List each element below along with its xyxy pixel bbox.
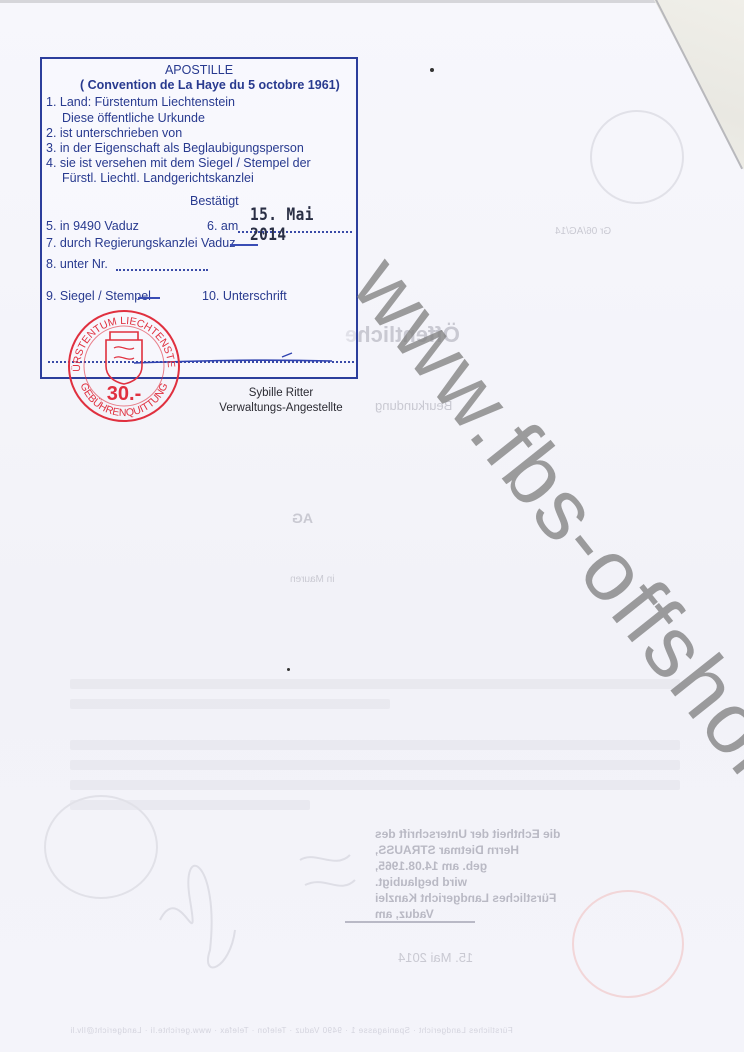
ghost-line: die Echtheit der Unterschrift des — [375, 826, 560, 842]
handwritten-strike — [138, 297, 160, 299]
ghost-line: geb. am 14.08.1965, — [375, 858, 560, 874]
ghost-seal — [590, 110, 684, 204]
scan-speck — [287, 668, 290, 671]
apostille-title: APOSTILLE — [42, 63, 356, 77]
apostille-item-5: 5. in 9490 Vaduz — [46, 219, 139, 233]
ghost-red-seal — [572, 890, 684, 998]
ghost-ref: Gr 06/AG/14 — [555, 226, 611, 237]
watermark: www.fbs-offshore.com — [333, 238, 744, 1051]
ghost-line: wird beglaubigt. — [375, 874, 560, 890]
fee-stamp-seal-icon: FÜRSTENTUM LIECHTENSTEIN GEBÜHRENQUITTUN… — [66, 308, 182, 422]
apostille-item-4: 4. sie ist versehen mit dem Siegel / Ste… — [46, 156, 311, 170]
ghost-signature-icon — [140, 840, 360, 990]
apostille-item-3: 3. in der Eigenschaft als Beglaubigungsp… — [46, 141, 304, 155]
signatory-title: Verwaltungs-Angestellte — [210, 401, 352, 416]
ghost-footer: Fürstliches Landgericht · Spaniagasse 1 … — [70, 1026, 513, 1035]
handwritten-strike — [230, 244, 258, 246]
ghost-paragraph-line — [70, 760, 680, 770]
apostille-item-1: 1. Land: Fürstentum Liechtenstein — [46, 95, 235, 109]
apostille-item-2: 2. ist unterschrieben von — [46, 126, 182, 140]
scan-speck — [430, 68, 434, 72]
scan-top-edge — [0, 0, 744, 3]
apostille-item-4b: Fürstl. Liechtl. Landgerichtskanzlei — [62, 171, 254, 185]
apostille-date-stamp: 15. Mai 2014 — [250, 205, 340, 245]
apostille-item-7: 7. durch Regierungskanzlei Vaduz — [46, 236, 235, 250]
ghost-paragraph-line — [70, 780, 680, 790]
ghost-text: AG — [292, 510, 313, 526]
ghost-paragraph-line — [70, 699, 390, 709]
signatory-block: Sybille Ritter Verwaltungs-Angestellte — [210, 386, 352, 416]
ghost-certification-block: die Echtheit der Unterschrift des Herrn … — [375, 826, 560, 922]
apostille-item-10: 10. Unterschrift — [202, 289, 287, 303]
apostille-item-6: 6. am — [207, 219, 238, 233]
apostille-convention: ( Convention de La Haye du 5 octobre 196… — [80, 78, 340, 92]
svg-text:30.-: 30.- — [107, 383, 141, 405]
ghost-line: Herrn Dietmar STRAUSS, — [375, 842, 560, 858]
ghost-line: Vaduz, am — [375, 906, 560, 922]
ghost-signature-line — [345, 921, 475, 923]
ghost-line: Fürstliches Landgericht Kanzlei — [375, 890, 560, 906]
apostille-item-8: 8. unter Nr. — [46, 257, 108, 271]
ghost-date: 15. Mai 2014 — [398, 950, 473, 965]
number-dotted-line — [116, 269, 208, 271]
signatory-name: Sybille Ritter — [210, 386, 352, 401]
apostille-certified-label: Bestätigt — [190, 194, 239, 208]
document-page: Gr 06/AG/14 Öffentliche Beurkundung AG i… — [0, 0, 744, 1052]
apostille-item-1b: Diese öffentliche Urkunde — [62, 111, 205, 125]
apostille-item-9: 9. Siegel / Stempel — [46, 289, 151, 303]
ghost-text: in Mauren — [290, 574, 334, 585]
ghost-paragraph-line — [70, 679, 680, 689]
ghost-paragraph-line — [70, 740, 680, 750]
